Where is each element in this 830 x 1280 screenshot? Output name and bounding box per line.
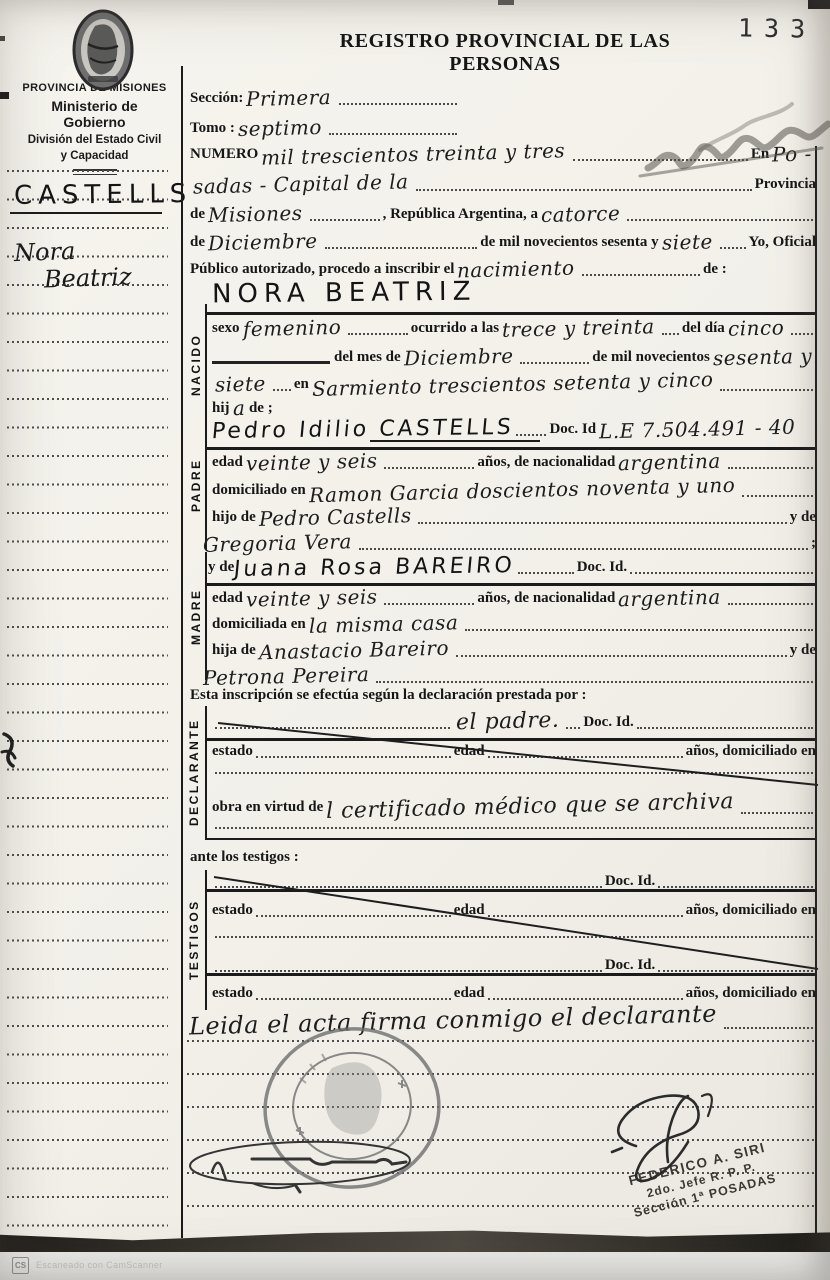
blank-dotted-row [212,772,816,779]
surname-double-underline [370,440,540,442]
dotted-leader [348,333,408,335]
section-label-padre: PADRE [186,424,206,546]
dotted-leader [215,772,813,774]
nacionalidad-label: años, de nacionalidad [477,591,615,610]
lugar-value: Sarmiento trescientos setenta y cinco [309,369,718,401]
sexo-row: sexo femenino ocurrido a las trece y tre… [212,318,816,340]
inscripto-name-row: NORA BEATRIZ [212,280,476,307]
section-rule [205,304,207,416]
mes-value: Diciembre [400,346,517,371]
dotted-leader [256,756,451,758]
dotted-leader [215,727,450,729]
doc-id-label: Doc. Id [549,422,596,441]
y-de-label: y de [790,643,816,662]
anio-label: de mil novecientos sesenta y [480,235,658,254]
dotted-leader [728,603,813,605]
seccion-value: Primera [243,87,336,111]
office-line: y Capacidad [22,150,167,162]
madre-underline [207,583,816,586]
dia-value: catorce [538,203,625,227]
dotted-leader [520,362,589,364]
margin-given-name: Nora [14,238,75,266]
nacionalidad-value: argentina [615,587,725,612]
hora-label: ocurrido a las [411,321,499,340]
numero-value: mil trescientos treinta y tres [258,140,570,170]
domicilio-label: domiciliado en [212,483,306,502]
nacionalidad-label: años, de nacionalidad [477,455,615,474]
dotted-leader [742,495,813,497]
hijo-de-label: hijo de [212,510,256,529]
doc-id-label: Doc. Id. [583,715,633,734]
office-line: División del Estado Civil [22,134,167,146]
madre-edad-row: edad veinte y seis años, de nacionalidad… [212,588,816,610]
blank-solid-line [212,361,330,364]
hija-de-label: hija de [212,643,256,662]
dotted-leader [456,655,787,657]
domicilio-value: la misma casa [306,612,463,638]
semicolon-label: ; [811,536,816,555]
dotted-leader [329,133,457,135]
section-label-testigos: TESTIGOS [184,874,204,1006]
cierre-handwriting: Leida el acta firma conmigo el declarant… [186,1001,721,1040]
de-label: de : [703,262,727,281]
office-line: PROVINCIA DE MISIONES [22,82,167,94]
nacionalidad-value: argentina [615,451,725,476]
dotted-leader [215,936,813,938]
section-rule [205,552,207,680]
en-label: En [751,147,769,166]
provincia-value: Misiones [205,203,307,227]
seccion-label: Sección: [190,91,243,110]
padre-underline [207,447,816,450]
dotted-leader [488,998,683,1000]
mes-row: del mes de Diciembre de mil novecientos … [212,347,816,369]
dotted-leader [310,219,380,221]
doc-id-value: L.E 7.504.491 - 40 [596,417,800,444]
dotted-leader [658,886,813,888]
obra-label: obra en virtud de [212,800,323,819]
testigo2-estado-row: estado edad años, domiciliado en [212,986,816,1005]
fecha-row: de Diciembre de mil novecientos sesenta … [190,232,816,254]
dotted-leader [215,827,813,829]
domicilio-label: años, domiciliado en [686,744,816,763]
dotted-leader [741,812,813,814]
estado-label: estado [212,744,253,763]
birth-certificate-scan: REGISTRO PROVINCIAL DE LAS PERSONAS 133 … [0,0,830,1280]
obra-row: obra en virtud de l certificado médico q… [212,795,816,819]
numero-label: NUMERO [190,147,258,166]
obra-value: l certificado médico que se archiva [323,790,739,824]
estado-label: estado [212,986,253,1005]
section-label-madre: MADRE [186,558,206,676]
declarante-doc-row: el padre. Doc. Id. [212,710,816,734]
dotted-leader [359,548,808,550]
blank-dotted-row [212,936,816,943]
dotted-leader [518,572,574,574]
declaracion-intro-label: Esta inscripción se efectúa según la dec… [190,688,587,707]
inscripto-name-handprint: NORA BEATRIZ [212,279,477,309]
seccion-row: Sección: Primera [190,88,460,110]
hijo-gender-value: a [229,398,249,420]
madre-name-handprint: Juana Rosa BAREIRO [233,554,516,581]
dia-label: del día [682,321,725,340]
dotted-leader [488,915,683,917]
padre-abuelo-row: hijo de Pedro Castells y de [212,507,816,529]
dotted-leader [637,727,813,729]
blank-dotted-row [212,827,816,834]
provincial-seal-icon [74,11,132,89]
dotted-leader [416,189,752,191]
numero-row: NUMERO mil trescientos treinta y tres En… [190,144,816,166]
dotted-leader [256,915,451,917]
edad-value: veinte y seis [243,586,382,611]
madre-abuelo-row: hija de Anastacio Bareiro y de [212,640,816,662]
padre-abuela-row: Gregoria Vera ; [200,533,816,555]
domicilio-value: Ramon Garcia doscientos noventa y uno [306,475,740,508]
dotted-leader [662,333,679,335]
given-name-1: Nora [14,237,76,267]
declarante-underline [207,738,816,741]
declarante-estado-row: estado edad años, domiciliado en [212,744,816,763]
testigo1-estado-row: estado edad años, domiciliado en [212,903,816,922]
form-left-border [181,66,183,1238]
dotted-leader [791,333,813,335]
margin-underline [10,212,162,214]
padre-name-row: Pedro Idilio CASTELLS Doc. Id L.E 7.504.… [212,418,816,441]
provincia-row: de Misiones , República Argentina, a cat… [190,204,816,226]
domicilio-label: años, domiciliado en [686,903,816,922]
madre-name-row: y de Juana Rosa BAREIRO Doc. Id. [208,556,816,579]
tomo-label: Tomo : [190,121,235,140]
dotted-leader [728,467,813,469]
hora-value: trece y treinta [499,316,659,342]
madre-domicilio-row: domiciliada en la misma casa [212,614,816,636]
dotted-leader [516,434,546,436]
bottom-dotted-lines [186,1038,816,1230]
dotted-leader [630,572,813,574]
name-underline [207,312,816,315]
sexo-label: sexo [212,321,240,340]
de-label: de [190,207,205,226]
dotted-leader [273,389,291,391]
office-line: Ministerio de Gobierno [22,98,167,130]
declarante-bottom-line [207,838,816,840]
dotted-leader [488,756,683,758]
section-rule [205,706,207,840]
dotted-leader [325,247,478,249]
tomo-value: septimo [235,117,326,141]
dotted-leader [384,603,474,605]
mes-label: del mes de [334,350,401,369]
mes-value: Diciembre [205,231,322,256]
scanner-watermark-text: Escaneado con CamScanner [36,1260,163,1270]
scanner-watermark-strip: CS Escaneado con CamScanner [0,1252,830,1280]
office-block: PROVINCIA DE MISIONES Ministerio de Gobi… [22,82,167,175]
dotted-leader [627,219,813,221]
dotted-leader [720,389,813,391]
testigos-intro-label: ante los testigos : [190,850,299,869]
dotted-leader [582,274,700,276]
dotted-leader [724,1027,813,1029]
en-label: en [294,377,309,396]
padre-edad-row: edad veinte y seis años, de nacionalidad… [212,452,816,474]
abuela-paterna-value: Gregoria Vera [200,531,356,557]
y-de-label: y de [790,510,816,529]
posadas-row: sadas - Capital de la Provincia [190,174,816,196]
edad-value: veinte y seis [243,450,382,475]
section-label-nacido: NACIDO [186,312,206,418]
en-value: Po - [769,143,816,166]
dotted-leader [465,629,813,631]
page-number-stamp: 133 [738,13,817,43]
declarante-value: el padre. [453,709,564,736]
edad-label: edad [212,455,243,474]
cierre-row: Leida el acta firma conmigo el declarant… [186,1008,816,1034]
testigos-intro-row: ante los testigos : [190,850,299,869]
dotted-leader [376,681,813,683]
scanner-logo-icon: CS [12,1257,29,1274]
surname-handprint: CASTELLS [14,179,193,211]
doc-id-label: Doc. Id. [577,560,627,579]
margin-given-name: Beatriz [44,264,132,292]
dotted-leader [720,247,746,249]
testigo2-underline [207,973,816,976]
dotted-leader [418,522,786,524]
page-title: REGISTRO PROVINCIAL DE LAS PERSONAS [295,30,715,76]
dotted-leader [339,103,457,105]
dotted-leader [256,998,451,1000]
dia-value: cinco [725,317,789,341]
madre-abuela-row: Petrona Pereira [200,666,816,688]
abuelo-paterno-value: Pedro Castells [256,505,416,531]
edad-label: edad [454,744,485,763]
edad-label: edad [454,986,485,1005]
anio-label: de mil novecientos [592,350,710,369]
de-label: de [190,235,205,254]
dotted-leader [658,970,813,972]
estado-label: estado [212,903,253,922]
anio-value-1: sesenta y [710,346,817,371]
oficial-label: Yo, Oficial [749,235,817,254]
lugar-row: siete en Sarmiento trescientos setenta y… [212,374,816,396]
margin-surname: CASTELLS [14,180,192,210]
section-label-declarante: DECLARANTE [184,708,204,836]
margin-dotted-lines [6,168,168,1246]
anio-value: siete [658,231,716,254]
dotted-leader [573,159,748,161]
dotted-leader [384,467,474,469]
anio-value-2: siete [212,373,270,396]
declaracion-intro-row: Esta inscripción se efectúa según la dec… [190,688,587,707]
tomo-row: Tomo : septimo [190,118,460,140]
given-name-2: Beatriz [44,262,133,293]
domicilio-label: domiciliada en [212,617,306,636]
y-de-label: y de [208,560,234,579]
dotted-leader [215,886,602,888]
padre-domicilio-row: domiciliado en Ramon Garcia doscientos n… [212,480,816,502]
dotted-leader [215,970,602,972]
testigo1-underline [207,889,816,892]
continuation-value: sadas - Capital de la [190,171,413,198]
edad-label: edad [212,591,243,610]
section-rule [205,416,207,550]
abuelo-materno-value: Anastacio Bareiro [256,638,453,665]
sexo-value: femenino [239,317,345,342]
dotted-leader [566,727,580,729]
edad-label: edad [454,903,485,922]
republica-label: , República Argentina, a [383,207,538,226]
provincia-label: Provincia [755,177,816,196]
